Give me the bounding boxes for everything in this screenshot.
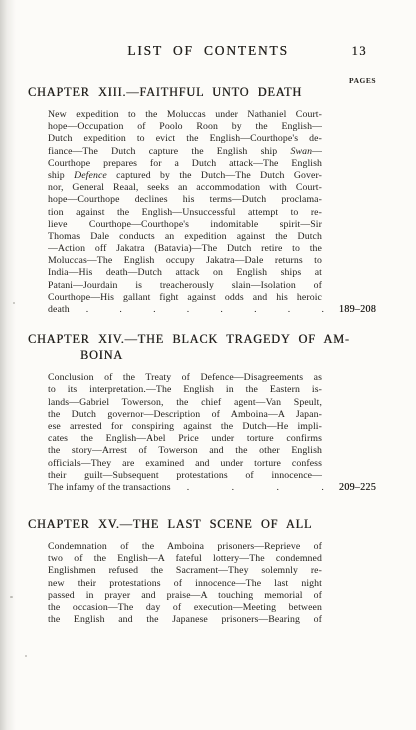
chapter-heading-line: CHAPTER XIII.—FAITHFUL UNTO DEATH [28,84,376,100]
dot-leader: . . . . . . . . [86,304,324,316]
summary-line: hope—Occupation of Poolo Roon by the Eng… [48,121,322,133]
summary-line: fiance—The Dutch capture the English shi… [48,146,322,158]
summary-line: their guilt—Subsequent protestations of … [48,470,322,482]
summary-line: lands—Gabriel Towerson, the chief agent—… [48,397,322,409]
scan-artifact [13,302,15,304]
page-range-row: The infamy of the transactions. . . .209… [48,482,376,494]
summary-line: new their protestations of innocence—The… [48,578,322,590]
chapter-section: CHAPTER XV.—THE LAST SCENE OF ALL Condem… [28,516,376,626]
page-range: 189–208 [330,304,376,316]
summary-line: Courthope—His gallant fight against odds… [48,292,322,304]
chapter-heading: CHAPTER XIV.—THE BLACK TRAGEDY OF AM-BOI… [28,331,376,363]
summary-line: lieve Courthope—Courthope's indomitable … [48,219,322,231]
chapter-heading-line: BOINA [28,347,376,363]
summary-line: Condemnation of the Amboina prisoners—Re… [48,541,322,553]
summary-line: —Action off Jakatra (Batavia)—The Dutch … [48,243,322,255]
chapter-heading: CHAPTER XIII.—FAITHFUL UNTO DEATH [28,84,376,100]
summary-line: Thomas Dale conducts an expedition again… [48,231,322,243]
page-number: 13 [352,44,368,59]
summary-line: Englishmen refused the Sacrament—They so… [48,565,322,577]
summary-line: Patani—Jourdain is treacherously slain—I… [48,280,322,292]
chapter-summary: New expedition to the Moluccas under Nat… [48,109,376,316]
summary-line: Dutch expedition to evict the English—Co… [48,133,322,145]
dot-leader: . . . . [187,482,324,494]
chapter-heading-line: CHAPTER XV.—THE LAST SCENE OF ALL [28,516,376,532]
summary-line: the occasion—The day of execution—Meetin… [48,602,322,614]
summary-line: nor, General Reaal, seeks an accommodati… [48,182,322,194]
summary-line: New expedition to the Moluccas under Nat… [48,109,322,121]
chapter-section: CHAPTER XIV.—THE BLACK TRAGEDY OF AM-BOI… [28,331,376,494]
scan-edge-shadow [0,0,16,730]
summary-line: Conclusion of the Treaty of Defence—Disa… [48,372,322,384]
summary-line: passed in prayer and praise—A touching m… [48,590,322,602]
chapters: CHAPTER XIII.—FAITHFUL UNTO DEATH New ex… [28,84,376,626]
summary-line: to its interpretation.—The English in th… [48,384,322,396]
summary-line: tion against the English—Unsuccessful at… [48,207,322,219]
summary-line: India—His death—Dutch attack on English … [48,267,322,279]
summary-line: officials—They are examined and under to… [48,458,322,470]
chapter-heading-line: CHAPTER XIV.—THE BLACK TRAGEDY OF AM- [28,331,376,347]
summary-line: ese arrested for conspiring against the … [48,421,322,433]
summary-line: two of the English—A fateful lottery—The… [48,553,322,565]
summary-last-line: The infamy of the transactions [48,482,171,494]
summary-line: Courthope prepares for a Dutch attack—Th… [48,158,322,170]
summary-last-line: death [48,304,70,316]
scan-artifact [25,655,27,657]
summary-line: hope—Courthope declines his terms—Dutch … [48,194,322,206]
page-range-row: death. . . . . . . .189–208 [48,304,376,316]
scan-artifact [10,596,13,598]
chapter-summary: Condemnation of the Amboina prisoners—Re… [48,541,376,626]
summary-line: cates the English—Abel Price under tortu… [48,433,322,445]
summary-line: the Dutch governor—Description of Amboin… [48,409,322,421]
chapter-summary: Conclusion of the Treaty of Defence—Disa… [48,372,376,494]
summary-line: Moluccas—The English occupy Jakatra—Dale… [48,255,322,267]
summary-line: ship Defence captured by the Dutch—The D… [48,170,322,182]
summary-line: the English and the Japanese prisoners—B… [48,614,322,626]
chapter-section: CHAPTER XIII.—FAITHFUL UNTO DEATH New ex… [28,84,376,316]
chapter-heading: CHAPTER XV.—THE LAST SCENE OF ALL [28,516,376,532]
summary-line: the story—Arrest of Towerson and the oth… [48,445,322,457]
book-page: LIST OF CONTENTS 13 PAGES CHAPTER XIII.—… [0,0,416,730]
page-range: 209–225 [330,482,376,494]
